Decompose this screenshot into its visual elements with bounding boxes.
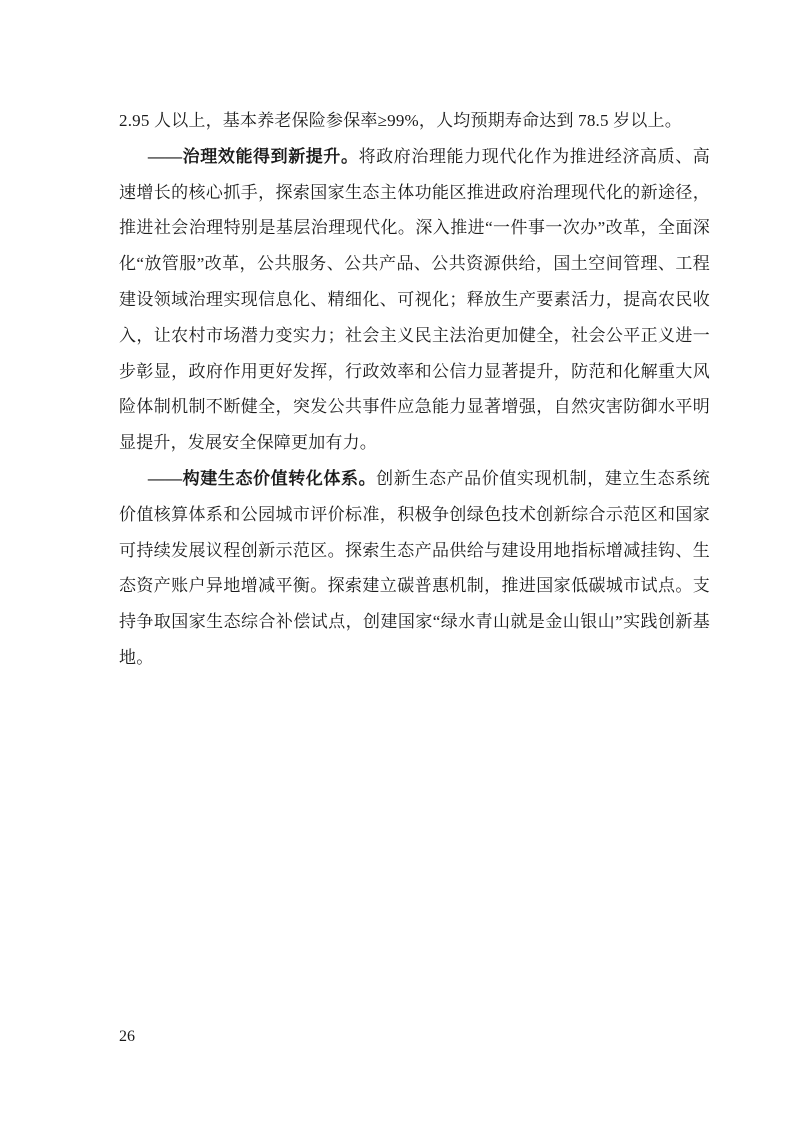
paragraph-lead: ——治理效能得到新提升。 [148, 147, 359, 166]
document-body: 2.95 人以上，基本养老保险参保率≥99%，人均预期寿命达到 78.5 岁以上… [119, 103, 710, 676]
paragraph-governance: ——治理效能得到新提升。将政府治理能力现代化作为推进经济高质、高速增长的核心抓手… [119, 139, 710, 461]
paragraph-text: 2.95 人以上，基本养老保险参保率≥99%，人均预期寿命达到 78.5 岁以上… [119, 111, 682, 130]
paragraph-text: 将政府治理能力现代化作为推进经济高质、高速增长的核心抓手，探索国家生态主体功能区… [119, 147, 710, 452]
paragraph-text: 创新生态产品价值实现机制，建立生态系统价值核算体系和公园城市评价标准，积极争创绿… [119, 469, 710, 667]
paragraph-lead: ——构建生态价值转化体系。 [148, 469, 376, 488]
page-number: 26 [119, 1027, 135, 1047]
paragraph-continuation: 2.95 人以上，基本养老保险参保率≥99%，人均预期寿命达到 78.5 岁以上… [119, 103, 710, 139]
paragraph-eco-value: ——构建生态价值转化体系。创新生态产品价值实现机制，建立生态系统价值核算体系和公… [119, 461, 710, 676]
document-page: 2.95 人以上，基本养老保险参保率≥99%，人均预期寿命达到 78.5 岁以上… [0, 0, 793, 1122]
